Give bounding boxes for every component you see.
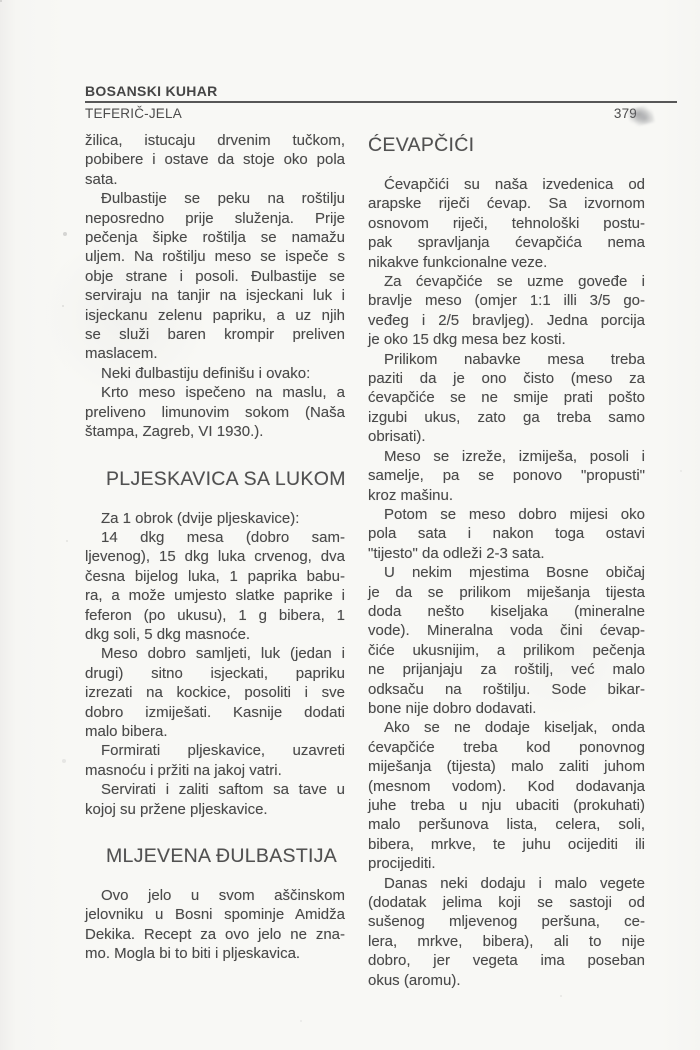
text-line: je oko 15 dkg mesa bez kosti. [368,330,645,349]
paragraph: Danas neki dodaju i malo vegete(dodatak … [368,874,645,990]
text-line: sušenog mljevenog peršuna, ce- [368,912,645,931]
paragraph: Neki đulbastiju definišu i ovako: [85,364,345,383]
text-line: feferon (po ukusu), 1 g bibera, 1 [85,606,345,625]
text-line: maslacem. [85,344,345,363]
left-column: žilica, istucaju drvenim tučkom,pobibere… [85,131,345,990]
section-heading: MLJEVENA ĐULBASTIJA [85,845,345,867]
book-title: BOSANSKI KUHAR [85,84,677,98]
text-line: sata. [85,170,345,189]
right-column: ĆEVAPČIĆIĆevapčići su naša izvedenica od… [368,131,645,990]
text-line: Danas neki dodaju i malo vegete [368,874,645,893]
text-line: Neki đulbastiju definišu i ovako: [85,364,345,383]
text-line: samelje, pa se ponovo "propusti" [368,466,645,485]
text-line: izrezati na kockice, posoliti i sve [85,683,345,702]
text-line: Za ćevapčiće se uzme goveđe i [368,272,645,291]
text-line: kojoj su pržene pljeskavice. [85,800,345,819]
paragraph: Potom se meso dobro mijesi okopola sata … [368,505,645,563]
text-line: Dekika. Recept za ovo jelo ne zna- [85,925,345,944]
text-line: Meso dobro samljeti, luk (jedan i [85,644,345,663]
text-line: serviraju na tanjir na isjeckani luk i [85,286,345,305]
text-line: dobro izmiješati. Kasnije dodati [85,703,345,722]
text-line: neposredno prije služenja. Prije [85,209,345,228]
text-line: dobro, jer vegeta ima poseban [368,951,645,970]
text-line: miješanja (tijesta) malo zaliti juhom [368,757,645,776]
text-line: U nekim mjestima Bosne običaj [368,563,645,582]
paragraph: Za 1 obrok (dvije pljeskavice): [85,509,345,528]
text-line: se služi baren krompir preliven [85,325,345,344]
text-line: obrisati). [368,427,645,446]
text-line: ćevapčiće treba kod ponovnog [368,738,645,757]
text-line: Za 1 obrok (dvije pljeskavice): [85,509,345,528]
text-line: mo. Mogla bi to biti i pljeskavica. [85,944,345,963]
chapter-row: TEFERIČ-JELA 379 [85,106,637,121]
text-line: arapske riječi ćevap. Sa izvornom [368,194,645,213]
text-line: bibera, mrkve, te juhu ocijediti ili [368,835,645,854]
paragraph: Servirati i zaliti saftom sa tave ukojoj… [85,780,345,819]
text-line: isjeckanu zelenu papriku, a uz njih [85,306,345,325]
text-line: preliveno limunovim sokom (Naša [85,403,345,422]
text-line: odksaču na roštilju. Sode bikar- [368,680,645,699]
text-line: Ovo jelo u svom aščinskom [85,886,345,905]
text-line: česna bijelog luka, 1 paprika babu- [85,567,345,586]
text-line: jelovniku u Bosni spominje Amidža [85,905,345,924]
text-line: drugi) sitno isjeckati, papriku [85,664,345,683]
text-line: ćevapčiće se ne smije prati pošto [368,388,645,407]
paragraph: U nekim mjestima Bosne običajje da se pr… [368,563,645,718]
text-line: pak spravljanja ćevapčića nema [368,233,645,252]
text-line: vode). Mineralna voda čini ćevap- [368,621,645,640]
section-heading: PLJESKAVICA SA LUKOM [85,468,345,490]
paragraph: Prilikom nabavke mesa trebapaziti da je … [368,350,645,447]
text-line: bravlje meso (omjer 1:1 illi 3/5 go- [368,291,645,310]
paragraph: 14 dkg mesa (dobro sam-ljevenog), 15 dkg… [85,528,345,644]
text-line: ne prijanjaju za roštilj, već malo [368,660,645,679]
text-line: nikakve funkcionalne veze. [368,253,645,272]
text-line: ljevenog), 15 dkg luka crvenog, dva [85,547,345,566]
chapter-title: TEFERIČ-JELA [85,106,182,121]
text-line: osnovom riječi, tehnološki postu- [368,214,645,233]
text-line: žilica, istucaju drvenim tučkom, [85,131,345,150]
text-line: štampa, Zagreb, VI 1930.). [85,422,345,441]
text-line: malo bibera. [85,722,345,741]
text-line: Servirati i zaliti saftom sa tave u [85,780,345,799]
text-line: uljem. Na roštilju meso se ispeče s [85,247,345,266]
text-line: je da se prilikom miješanja tijesta [368,583,645,602]
text-line: 14 dkg mesa (dobro sam- [85,528,345,547]
paragraph: Meso se izreže, izmiješa, posoli isamelj… [368,447,645,505]
text-line: malo peršunova lista, celera, soli, [368,815,645,834]
paragraph: Za ćevapčiće se uzme goveđe ibravlje mes… [368,272,645,350]
text-line: okus (aromu). [368,971,645,990]
text-line: lera, mrkve, bibera), ali to nije [368,932,645,951]
text-line: bone nije dobro dodavati. [368,699,645,718]
text-line: čiće ukusnijim, a prilikom pečenja [368,641,645,660]
text-line: ra, a može umjesto slatke paprike i [85,586,345,605]
paragraph: Krto meso ispečeno na maslu, apreliveno … [85,383,345,441]
paragraph: Meso dobro samljeti, luk (jedan idrugi) … [85,644,345,741]
text-line: masnoću i pržiti na jakoj vatri. [85,761,345,780]
text-line: pobibere i ostave da stoje oko pola [85,150,345,169]
paragraph: Formirati pljeskavice, uzavretimasnoću i… [85,741,345,780]
text-line: izgubi ukus, zato ga treba samo [368,408,645,427]
text-line: Ćevapčići su naša izvedenica od [368,175,645,194]
scanned-book-page: BOSANSKI KUHAR TEFERIČ-JELA 379 žilica, … [0,0,700,1050]
text-line: doda nešto kiseljaka (mineralne [368,602,645,621]
text-line: Prilikom nabavke mesa treba [368,350,645,369]
header-rule [85,101,677,103]
text-line: Formirati pljeskavice, uzavreti [85,741,345,760]
text-line: Potom se meso dobro mijesi oko [368,505,645,524]
text-line: veđeg i 2/5 bravljeg). Jedna porcija [368,311,645,330]
text-line: Meso se izreže, izmiješa, posoli i [368,447,645,466]
page-header: BOSANSKI KUHAR TEFERIČ-JELA 379 [0,0,700,121]
text-line: (dodatak jelima koji se sastoji od [368,893,645,912]
text-line: pečenja šipke roštilja se namažu [85,228,345,247]
text-line: Đulbastije se peku na roštilju [85,189,345,208]
paragraph: Ako se ne dodaje kiseljak, ondaćevapčiće… [368,718,645,873]
text-line: kroz mašinu. [368,486,645,505]
paragraph: žilica, istucaju drvenim tučkom,pobibere… [85,131,345,189]
page-columns: žilica, istucaju drvenim tučkom,pobibere… [0,131,700,990]
text-line: (mesnom vodom). Kod dodavanja [368,777,645,796]
text-line: juhe treba u nju ubaciti (prokuhati) [368,796,645,815]
text-line: paziti da je ono čisto (meso za [368,369,645,388]
paragraph: Đulbastije se peku na roštiljuneposredno… [85,189,345,364]
text-line: pola sata i nakon toga ostavi [368,524,645,543]
text-line: "tijesto" da odleži 2-3 sata. [368,544,645,563]
text-line: Ako se ne dodaje kiseljak, onda [368,718,645,737]
paragraph: Ćevapčići su naša izvedenica odarapske r… [368,175,645,272]
paragraph: Ovo jelo u svom aščinskomjelovniku u Bos… [85,886,345,964]
text-line: obje strane i posoli. Đulbastije se [85,267,345,286]
text-line: Krto meso ispečeno na maslu, a [85,383,345,402]
text-line: procijediti. [368,854,645,873]
section-heading: ĆEVAPČIĆI [368,134,645,156]
text-line: dkg soli, 5 dkg masnoće. [85,625,345,644]
